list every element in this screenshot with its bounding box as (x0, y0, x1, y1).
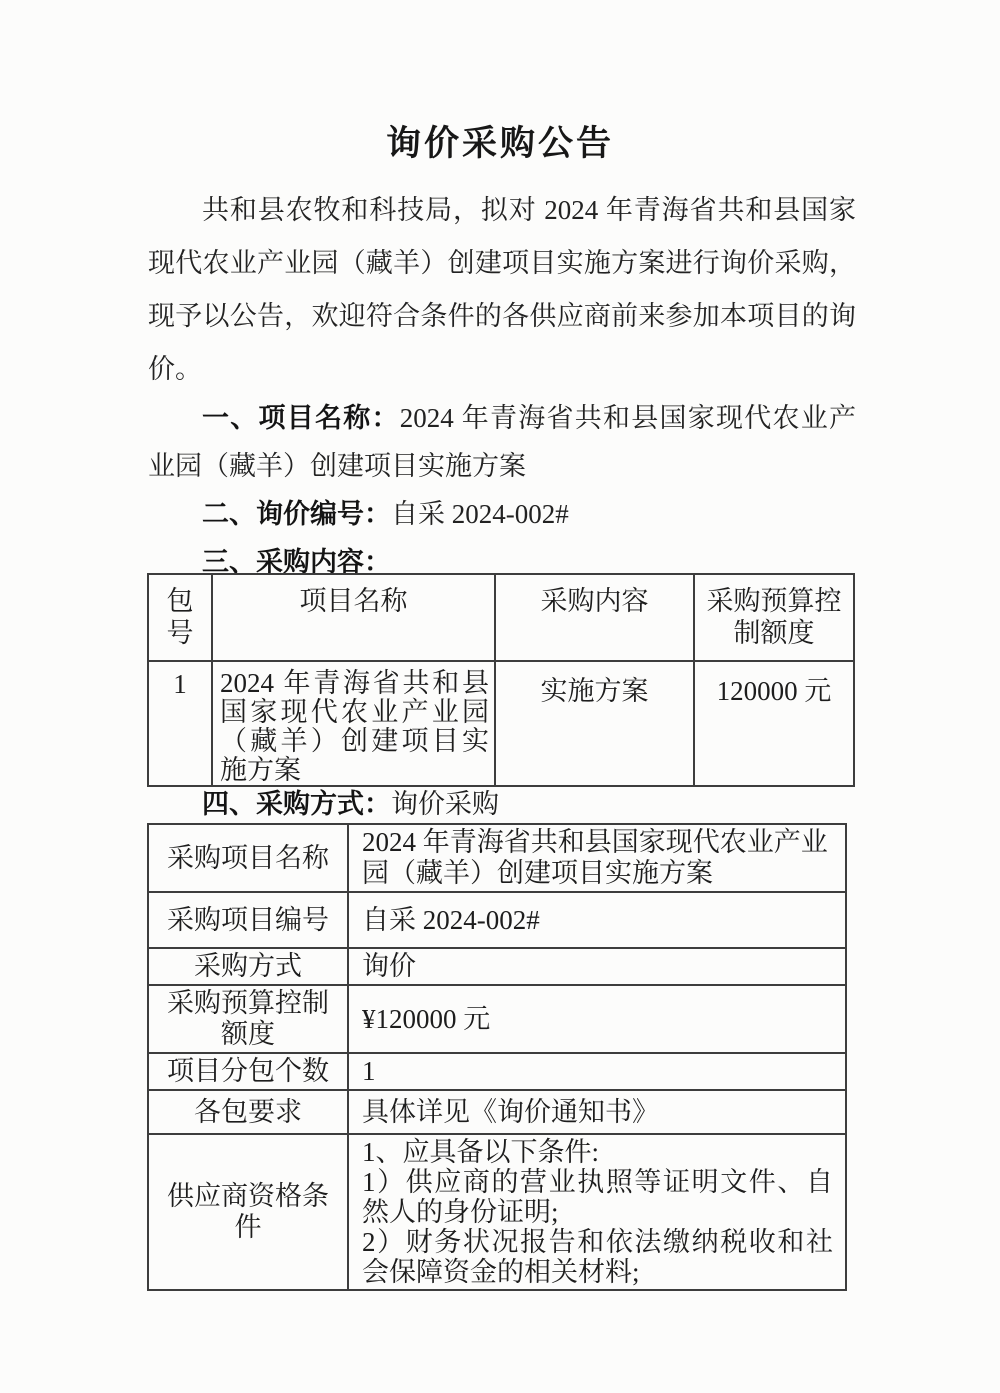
header-budget: 采购预算控制额度 (694, 574, 854, 661)
section-heading-4: 四、采购方式：询价采购 (148, 787, 856, 821)
detail-label: 采购项目编号 (148, 892, 348, 948)
detail-row-supplier-qualification: 供应商资格条件 1、应具备以下条件: 1）供应商的营业执照等证明文件、自然人的身… (148, 1134, 846, 1290)
section-heading-2: 二、询价编号：自采 2024-002# (148, 490, 856, 538)
section-4-text: 询价采购 (391, 789, 499, 819)
table-header-row: 包号 项目名称 采购内容 采购预算控制额度 (148, 574, 854, 661)
detail-value: 具体详见《询价通知书》 (348, 1090, 846, 1134)
section-2-label: 二、询价编号： (202, 499, 391, 529)
detail-row-package-requirement: 各包要求 具体详见《询价通知书》 (148, 1090, 846, 1134)
section-list: 一、项目名称：2024 年青海省共和县国家现代农业产业园（藏羊）创建项目实施方案… (148, 394, 856, 586)
procurement-details-table: 采购项目名称 2024 年青海省共和县国家现代农业产业园（藏羊）创建项目实施方案… (147, 823, 847, 1291)
document-title: 询价采购公告 (0, 116, 1000, 166)
detail-label: 各包要求 (148, 1090, 348, 1134)
detail-row-package-count: 项目分包个数 1 (148, 1053, 846, 1090)
detail-row-method: 采购方式 询价 (148, 948, 846, 985)
detail-row-project-no: 采购项目编号 自采 2024-002# (148, 892, 846, 948)
header-package-no: 包号 (148, 574, 212, 661)
procurement-content-table: 包号 项目名称 采购内容 采购预算控制额度 1 2024 年青海省共和县国家现代… (147, 573, 855, 787)
table-row: 1 2024 年青海省共和县国家现代农业产业园（藏羊）创建项目实施方案 实施方案… (148, 661, 854, 786)
header-content: 采购内容 (495, 574, 694, 661)
section-1-label: 一、项目名称： (202, 403, 400, 433)
cell-project-name: 2024 年青海省共和县国家现代农业产业园（藏羊）创建项目实施方案 (212, 661, 495, 786)
detail-value: 2024 年青海省共和县国家现代农业产业园（藏羊）创建项目实施方案 (348, 824, 846, 892)
intro-paragraph: 共和县农牧和科技局，拟对 2024 年青海省共和县国家现代农业产业园（藏羊）创建… (148, 184, 856, 396)
detail-label: 采购项目名称 (148, 824, 348, 892)
detail-value: 1 (348, 1053, 846, 1090)
cell-package-no: 1 (148, 661, 212, 786)
detail-label: 采购方式 (148, 948, 348, 985)
detail-row-project-name: 采购项目名称 2024 年青海省共和县国家现代农业产业园（藏羊）创建项目实施方案 (148, 824, 846, 892)
detail-row-budget: 采购预算控制额度 ¥120000 元 (148, 985, 846, 1053)
cell-budget: 120000 元 (694, 661, 854, 786)
header-project-name: 项目名称 (212, 574, 495, 661)
section-4-label: 四、采购方式： (202, 789, 391, 819)
detail-label: 采购预算控制额度 (148, 985, 348, 1053)
section-2-text: 自采 2024-002# (391, 499, 569, 529)
detail-value: 1、应具备以下条件: 1）供应商的营业执照等证明文件、自然人的身份证明; 2）财… (348, 1134, 846, 1290)
cell-content: 实施方案 (495, 661, 694, 786)
detail-value: 自采 2024-002# (348, 892, 846, 948)
detail-value: 询价 (348, 948, 846, 985)
detail-label: 项目分包个数 (148, 1053, 348, 1090)
section-heading-1: 一、项目名称：2024 年青海省共和县国家现代农业产业园（藏羊）创建项目实施方案 (148, 394, 856, 490)
document-page: 询价采购公告 共和县农牧和科技局，拟对 2024 年青海省共和县国家现代农业产业… (0, 0, 1000, 1393)
detail-value: ¥120000 元 (348, 985, 846, 1053)
detail-label: 供应商资格条件 (148, 1134, 348, 1290)
